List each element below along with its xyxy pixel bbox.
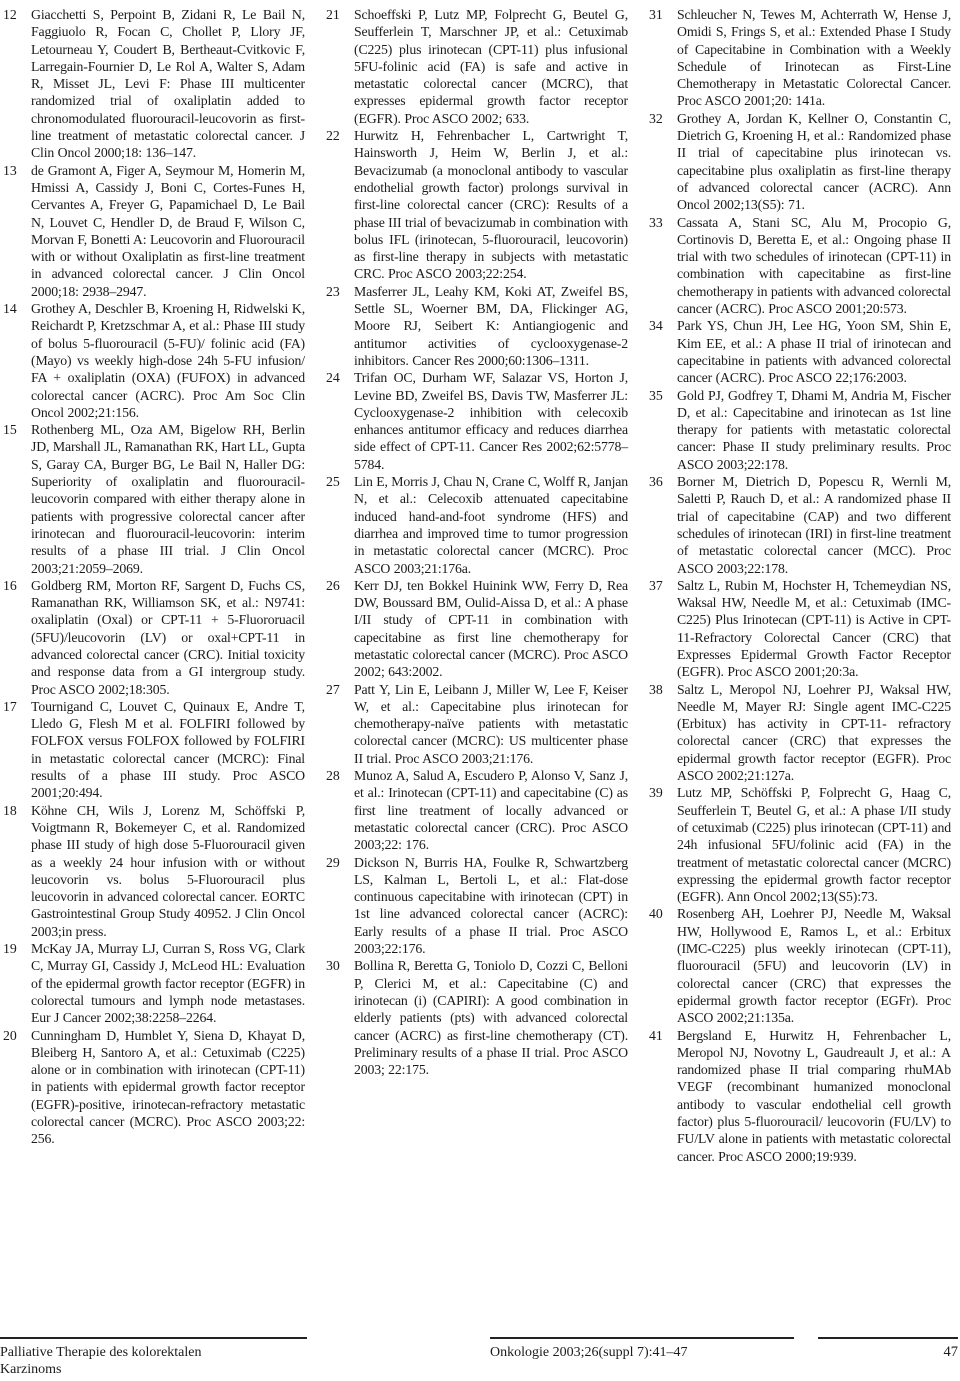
reference-item: 26Kerr DJ, ten Bokkel Huinink WW, Ferry …: [326, 577, 628, 681]
reference-number: 38: [649, 681, 673, 698]
footer-divider-center: [490, 1337, 794, 1339]
reference-item: 19McKay JA, Murray LJ, Curran S, Ross VG…: [3, 940, 305, 1026]
reference-item: 22Hurwitz H, Fehrenbacher L, Cartwright …: [326, 127, 628, 283]
reference-item: 23Masferrer JL, Leahy KM, Koki AT, Zweif…: [326, 283, 628, 369]
reference-number: 27: [326, 681, 350, 698]
reference-number: 32: [649, 110, 673, 127]
reference-number: 19: [3, 940, 27, 957]
reference-item: 28Munoz A, Salud A, Escudero P, Alonso V…: [326, 767, 628, 853]
reference-text: Bollina R, Beretta G, Toniolo D, Cozzi C…: [354, 958, 628, 1077]
reference-item: 41Bergsland E, Hurwitz H, Fehrenbacher L…: [649, 1027, 951, 1165]
reference-number: 22: [326, 127, 350, 144]
reference-text: Grothey A, Deschler B, Kroening H, Ridwe…: [31, 301, 305, 420]
reference-text: Cassata A, Stani SC, Alu M, Procopio G, …: [677, 215, 951, 316]
reference-text: Saltz L, Rubin M, Hochster H, Tchemeydia…: [677, 578, 951, 679]
reference-number: 18: [3, 802, 27, 819]
reference-item: 20Cunningham D, Humblet Y, Siena D, Khay…: [3, 1027, 305, 1148]
reference-item: 32Grothey A, Jordan K, Kellner O, Consta…: [649, 110, 951, 214]
reference-item: 14Grothey A, Deschler B, Kroening H, Rid…: [3, 300, 305, 421]
reference-text: Cunningham D, Humblet Y, Siena D, Khayat…: [31, 1028, 305, 1147]
reference-number: 33: [649, 214, 673, 231]
reference-text: McKay JA, Murray LJ, Curran S, Ross VG, …: [31, 941, 305, 1025]
reference-number: 16: [3, 577, 27, 594]
reference-item: 31Schleucher N, Tewes M, Achterrath W, H…: [649, 6, 951, 110]
reference-text: Bergsland E, Hurwitz H, Fehrenbacher L, …: [677, 1028, 951, 1164]
reference-item: 15Rothenberg ML, Oza AM, Bigelow RH, Ber…: [3, 421, 305, 577]
reference-text: Borner M, Dietrich D, Popescu R, Wernli …: [677, 474, 951, 575]
reference-number: 14: [3, 300, 27, 317]
reference-number: 23: [326, 283, 350, 300]
reference-text: Trifan OC, Durham WF, Salazar VS, Horton…: [354, 370, 628, 471]
reference-number: 13: [3, 162, 27, 179]
reference-number: 24: [326, 369, 350, 386]
reference-text: de Gramont A, Figer A, Seymour M, Homeri…: [31, 163, 305, 299]
reference-text: Gold PJ, Godfrey T, Dhami M, Andria M, F…: [677, 388, 951, 472]
reference-text: Lin E, Morris J, Chau N, Crane C, Wolff …: [354, 474, 628, 575]
reference-item: 34Park YS, Chun JH, Lee HG, Yoon SM, Shi…: [649, 317, 951, 386]
reference-item: 30Bollina R, Beretta G, Toniolo D, Cozzi…: [326, 957, 628, 1078]
reference-text: Park YS, Chun JH, Lee HG, Yoon SM, Shin …: [677, 318, 951, 385]
reference-text: Hurwitz H, Fehrenbacher L, Cartwright T,…: [354, 128, 628, 281]
reference-number: 15: [3, 421, 27, 438]
reference-number: 17: [3, 698, 27, 715]
reference-number: 41: [649, 1027, 673, 1044]
reference-number: 25: [326, 473, 350, 490]
footer-page-number: 47: [818, 1344, 958, 1361]
reference-item: 17Tournigand C, Louvet C, Quinaux E, And…: [3, 698, 305, 802]
reference-item: 35Gold PJ, Godfrey T, Dhami M, Andria M,…: [649, 387, 951, 473]
reference-item: 12Giacchetti S, Perpoint B, Zidani R, Le…: [3, 6, 305, 162]
reference-number: 29: [326, 854, 350, 871]
reference-number: 37: [649, 577, 673, 594]
reference-text: Lutz MP, Schöffski P, Folprecht G, Haag …: [677, 785, 951, 904]
reference-text: Saltz L, Meropol NJ, Loehrer PJ, Waksal …: [677, 682, 951, 783]
reference-text: Köhne CH, Wils J, Lorenz M, Schöffski P,…: [31, 803, 305, 939]
reference-item: 25Lin E, Morris J, Chau N, Crane C, Wolf…: [326, 473, 628, 577]
reference-text: Tournigand C, Louvet C, Quinaux E, Andre…: [31, 699, 305, 800]
reference-number: 21: [326, 6, 350, 23]
reference-item: 39Lutz MP, Schöffski P, Folprecht G, Haa…: [649, 784, 951, 905]
reference-text: Goldberg RM, Morton RF, Sargent D, Fuchs…: [31, 578, 305, 697]
reference-item: 18Köhne CH, Wils J, Lorenz M, Schöffski …: [3, 802, 305, 940]
footer-page-number-block: 47: [818, 1337, 958, 1361]
reference-number: 30: [326, 957, 350, 974]
reference-text: Munoz A, Salud A, Escudero P, Alonso V, …: [354, 768, 628, 852]
footer-journal-citation-block: Onkologie 2003;26(suppl 7):41–47: [490, 1337, 794, 1361]
references-section: 12Giacchetti S, Perpoint B, Zidani R, Le…: [3, 6, 951, 1165]
reference-number: 26: [326, 577, 350, 594]
reference-number: 28: [326, 767, 350, 784]
footer-divider-right: [818, 1337, 958, 1339]
footer-article-title-line1: Palliative Therapie des kolorektalen: [0, 1344, 307, 1361]
reference-item: 38Saltz L, Meropol NJ, Loehrer PJ, Waksa…: [649, 681, 951, 785]
reference-text: Giacchetti S, Perpoint B, Zidani R, Le B…: [31, 7, 305, 160]
reference-text: Masferrer JL, Leahy KM, Koki AT, Zweifel…: [354, 284, 628, 368]
reference-number: 12: [3, 6, 27, 23]
reference-number: 34: [649, 317, 673, 334]
footer-journal-citation: Onkologie 2003;26(suppl 7):41–47: [490, 1344, 794, 1361]
reference-item: 21Schoeffski P, Lutz MP, Folprecht G, Be…: [326, 6, 628, 127]
reference-item: 37Saltz L, Rubin M, Hochster H, Tchemeyd…: [649, 577, 951, 681]
reference-item: 40Rosenberg AH, Loehrer PJ, Needle M, Wa…: [649, 905, 951, 1026]
reference-number: 31: [649, 6, 673, 23]
footer-divider-left: [0, 1337, 307, 1339]
reference-text: Rothenberg ML, Oza AM, Bigelow RH, Berli…: [31, 422, 305, 575]
reference-item: 16Goldberg RM, Morton RF, Sargent D, Fuc…: [3, 577, 305, 698]
reference-number: 40: [649, 905, 673, 922]
reference-number: 39: [649, 784, 673, 801]
reference-number: 35: [649, 387, 673, 404]
reference-text: Rosenberg AH, Loehrer PJ, Needle M, Waks…: [677, 906, 951, 1025]
journal-references-page: { "colors": { "ink": "#1b1b1b", "backgro…: [0, 0, 960, 1381]
reference-text: Schleucher N, Tewes M, Achterrath W, Hen…: [677, 7, 951, 108]
reference-item: 36Borner M, Dietrich D, Popescu R, Wernl…: [649, 473, 951, 577]
reference-item: 29Dickson N, Burris HA, Foulke R, Schwar…: [326, 854, 628, 958]
reference-item: 33Cassata A, Stani SC, Alu M, Procopio G…: [649, 214, 951, 318]
references-column-1: 12Giacchetti S, Perpoint B, Zidani R, Le…: [3, 6, 305, 1165]
references-column-3: 31Schleucher N, Tewes M, Achterrath W, H…: [649, 6, 951, 1165]
footer-article-title: Palliative Therapie des kolorektalen Kar…: [0, 1337, 307, 1378]
footer-article-title-line2: Karzinoms: [0, 1361, 307, 1378]
reference-number: 20: [3, 1027, 27, 1044]
reference-item: 24Trifan OC, Durham WF, Salazar VS, Hort…: [326, 369, 628, 473]
reference-text: Dickson N, Burris HA, Foulke R, Schwartz…: [354, 855, 628, 956]
reference-number: 36: [649, 473, 673, 490]
reference-item: 27Patt Y, Lin E, Leibann J, Miller W, Le…: [326, 681, 628, 767]
reference-text: Schoeffski P, Lutz MP, Folprecht G, Beut…: [354, 7, 628, 126]
reference-item: 13de Gramont A, Figer A, Seymour M, Home…: [3, 162, 305, 300]
references-column-2: 21Schoeffski P, Lutz MP, Folprecht G, Be…: [326, 6, 628, 1165]
reference-text: Grothey A, Jordan K, Kellner O, Constant…: [677, 111, 951, 212]
reference-text: Patt Y, Lin E, Leibann J, Miller W, Lee …: [354, 682, 628, 766]
reference-text: Kerr DJ, ten Bokkel Huinink WW, Ferry D,…: [354, 578, 628, 679]
